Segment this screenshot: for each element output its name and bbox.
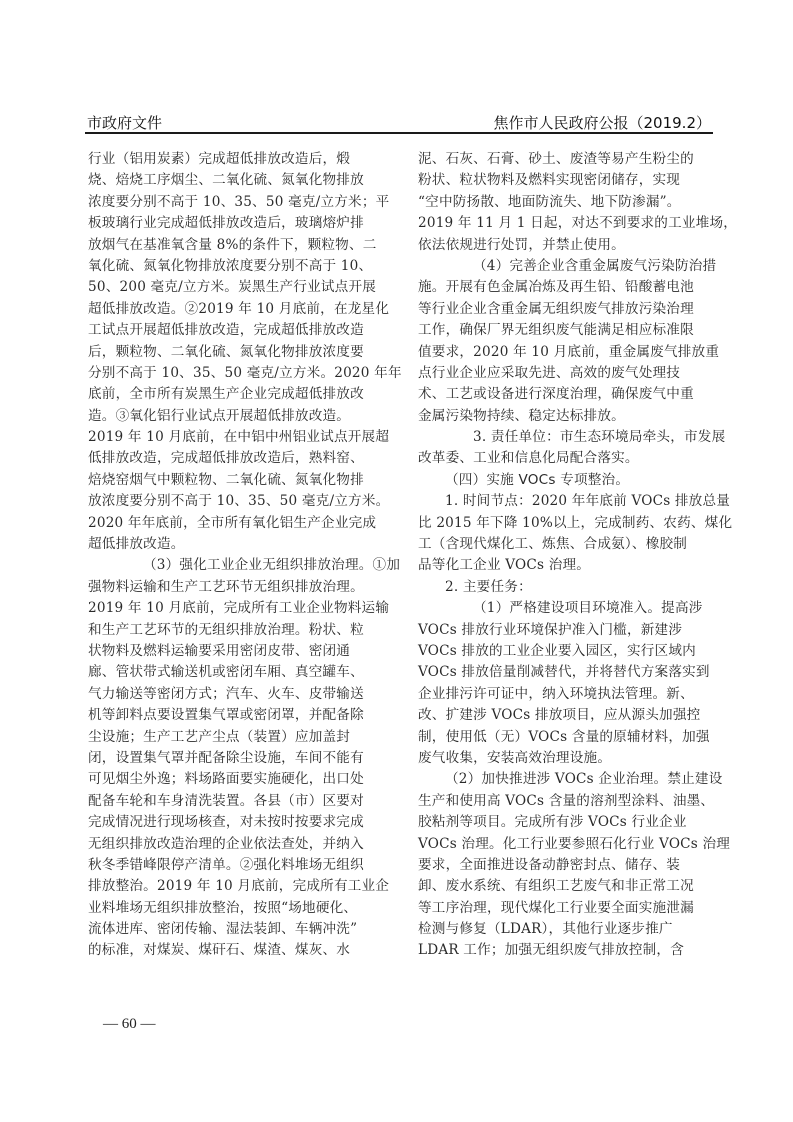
text-line: （2）加快推进涉 VOCs 企业治理。禁止建设: [418, 769, 728, 790]
text-line: 比 2015 年下降 10%以上，完成制药、农药、煤化: [418, 513, 728, 534]
text-line: 废气收集，安装高效治理设施。: [418, 748, 728, 769]
text-line: 改、扩建涉 VOCs 排放项目，应从源头加强控: [418, 705, 728, 726]
text-line: 等工序治理，现代煤化工行业要全面实施泄漏: [418, 898, 728, 919]
section-label: 市政府文件: [87, 112, 162, 133]
text-line: 超低排放改造。: [88, 534, 398, 555]
text-line: 尘设施；生产工艺产尘点（装置）应加盖封: [88, 727, 398, 748]
text-line: 2019 年 10 月底前，完成所有工业企业物料运输: [88, 598, 398, 619]
text-line: 改革委、工业和信息化局配合落实。: [418, 448, 728, 469]
text-line: VOCs 排放的工业企业要入园区，实行区域内: [418, 641, 728, 662]
text-line: 板玻璃行业完成超低排放改造后，玻璃熔炉排: [88, 213, 398, 234]
text-line: 的标准，对煤炭、煤矸石、煤渣、煤灰、水: [88, 940, 398, 961]
text-line: 胶粘剂等项目。完成所有涉 VOCs 行业企业: [418, 812, 728, 833]
text-line: 术、工艺或设备进行深度治理，确保废气中重: [418, 384, 728, 405]
text-line: 3. 责任单位：市生态环境局牵头，市发展: [418, 427, 728, 448]
text-line: （1）严格建设项目环境准入。提高涉: [418, 598, 728, 619]
text-line: 制，使用低（无）VOCs 含量的原辅材料，加强: [418, 727, 728, 748]
text-line: 金属污染物持续、稳定达标排放。: [418, 406, 728, 427]
text-line: 工试点开展超低排放改造，完成超低排放改造: [88, 320, 398, 341]
text-line: （3）强化工业企业无组织排放治理。①加: [88, 555, 398, 576]
text-line: VOCs 排放行业环境保护准入门槛，新建涉: [418, 620, 728, 641]
text-line: 造。③氧化铝行业试点开展超低排放改造。: [88, 406, 398, 427]
text-line: 放浓度要分别不高于 10、35、50 毫克/立方米。: [88, 491, 398, 512]
text-line: 配备车轮和车身清洗装置。各县（市）区要对: [88, 791, 398, 812]
publication-title: 焦作市人民政府公报（2019.2）: [494, 112, 712, 133]
text-line: “空中防扬散、地面防流失、地下防渗漏”。: [418, 192, 728, 213]
running-header: 市政府文件 焦作市人民政府公报（2019.2）: [85, 110, 713, 132]
text-line: VOCs 排放倍量削减替代，并将替代方案落实到: [418, 662, 728, 683]
text-line: 底前，全市所有炭黑生产企业完成超低排放改: [88, 384, 398, 405]
text-line: 低排放改造，完成超低排放改造后，熟料窑、: [88, 448, 398, 469]
text-line: 2. 主要任务：: [418, 577, 728, 598]
text-line: 企业排污许可证中，纳入环境执法管理。新、: [418, 684, 728, 705]
text-line: 气力输送等密闭方式；汽车、火车、皮带输送: [88, 684, 398, 705]
text-line: 粉状、粒状物料及燃料实现密闭储存，实现: [418, 170, 728, 191]
text-line: 浓度要分别不高于 10、35、50 毫克/立方米；平: [88, 192, 398, 213]
text-line: 廊、管状带式输送机或密闭车厢、真空罐车、: [88, 662, 398, 683]
text-line: 放烟气在基准氧含量 8%的条件下，颗粒物、二: [88, 235, 398, 256]
left-text-column: 行业（铝用炭素）完成超低排放改造后，煅烧、焙烧工序烟尘、二氧化硫、氮氧化物排放浓…: [88, 149, 398, 962]
text-line: （4）完善企业含重金属废气污染防治措: [418, 256, 728, 277]
text-line: 机等卸料点要设置集气罩或密闭罩，并配备除: [88, 705, 398, 726]
text-line: 焙烧窑烟气中颗粒物、二氧化硫、氮氧化物排: [88, 470, 398, 491]
text-line: 和生产工艺环节的无组织排放治理。粉状、粒: [88, 620, 398, 641]
text-line: 工作，确保厂界无组织废气能满足相应标准限: [418, 320, 728, 341]
text-line: 泥、石灰、石膏、砂土、废渣等易产生粉尘的: [418, 149, 728, 170]
text-line: 闭，设置集气罩并配备除尘设施，车间不能有: [88, 748, 398, 769]
text-line: 50、200 毫克/立方米。炭黑生产行业试点开展: [88, 277, 398, 298]
text-line: 施。开展有色金属冶炼及再生铅、铅酸蓄电池: [418, 277, 728, 298]
text-line: 烧、焙烧工序烟尘、二氧化硫、氮氧化物排放: [88, 170, 398, 191]
text-line: 流体进库、密闭传输、湿法装卸、车辆冲洗”: [88, 919, 398, 940]
text-line: 可见烟尘外逸；料场路面要实施硬化，出口处: [88, 769, 398, 790]
text-line: 后，颗粒物、二氧化硫、氮氧化物排放浓度要: [88, 342, 398, 363]
text-line: 无组织排放改造治理的企业依法查处，并纳入: [88, 834, 398, 855]
text-line: 分别不高于 10、35、50 毫克/立方米。2020 年年: [88, 363, 398, 384]
section-heading: （四）实施 VOCs 专项整治。: [418, 470, 728, 491]
text-line: 强物料运输和生产工艺环节无组织排放治理。: [88, 577, 398, 598]
text-line: 工（含现代煤化工、炼焦、合成氨）、橡胶制: [418, 534, 728, 555]
text-line: 1. 时间节点：2020 年年底前 VOCs 排放总量: [418, 491, 728, 512]
text-line: 完成情况进行现场核查，对未按时按要求完成: [88, 812, 398, 833]
text-line: 业料堆场无组织排放整治，按照“场地硬化、: [88, 898, 398, 919]
text-line: 值要求，2020 年 10 月底前，重金属废气排放重: [418, 342, 728, 363]
text-line: 排放整治。2019 年 10 月底前，完成所有工业企: [88, 876, 398, 897]
text-line: 氧化硫、氮氧化物排放浓度要分别不高于 10、: [88, 256, 398, 277]
text-line: 2020 年年底前，全市所有氧化铝生产企业完成: [88, 513, 398, 534]
text-line: 秋冬季错峰限停产清单。②强化料堆场无组织: [88, 855, 398, 876]
text-line: 行业（铝用炭素）完成超低排放改造后，煅: [88, 149, 398, 170]
text-line: 生产和使用高 VOCs 含量的溶剂型涂料、油墨、: [418, 791, 728, 812]
text-line: 点行业企业应采取先进、高效的废气处理技: [418, 363, 728, 384]
text-line: 等行业企业含重金属无组织废气排放污染治理: [418, 299, 728, 320]
text-line: 品等化工企业 VOCs 治理。: [418, 555, 728, 576]
text-line: 依法依规进行处罚，并禁止使用。: [418, 235, 728, 256]
text-line: 超低排放改造。②2019 年 10 月底前，在龙星化: [88, 299, 398, 320]
text-line: LDAR 工作；加强无组织废气排放控制，含: [418, 940, 728, 961]
text-line: 2019 年 10 月底前，在中铝中州铝业试点开展超: [88, 427, 398, 448]
right-text-column: 泥、石灰、石膏、砂土、废渣等易产生粉尘的粉状、粒状物料及燃料实现密闭储存，实现“…: [418, 149, 728, 962]
text-line: 状物料及燃料运输要采用密闭皮带、密闭通: [88, 641, 398, 662]
page-number: — 60 —: [103, 1016, 156, 1033]
header-rule: [85, 132, 713, 134]
text-line: 要求，全面推进设备动静密封点、储存、装: [418, 855, 728, 876]
text-line: 检测与修复（LDAR），其他行业逐步推广: [418, 919, 728, 940]
text-line: 2019 年 11 月 1 日起，对达不到要求的工业堆场，: [418, 213, 728, 234]
text-line: 卸、废水系统、有组织工艺废气和非正常工况: [418, 876, 728, 897]
text-line: VOCs 治理。化工行业要参照石化行业 VOCs 治理: [418, 834, 728, 855]
